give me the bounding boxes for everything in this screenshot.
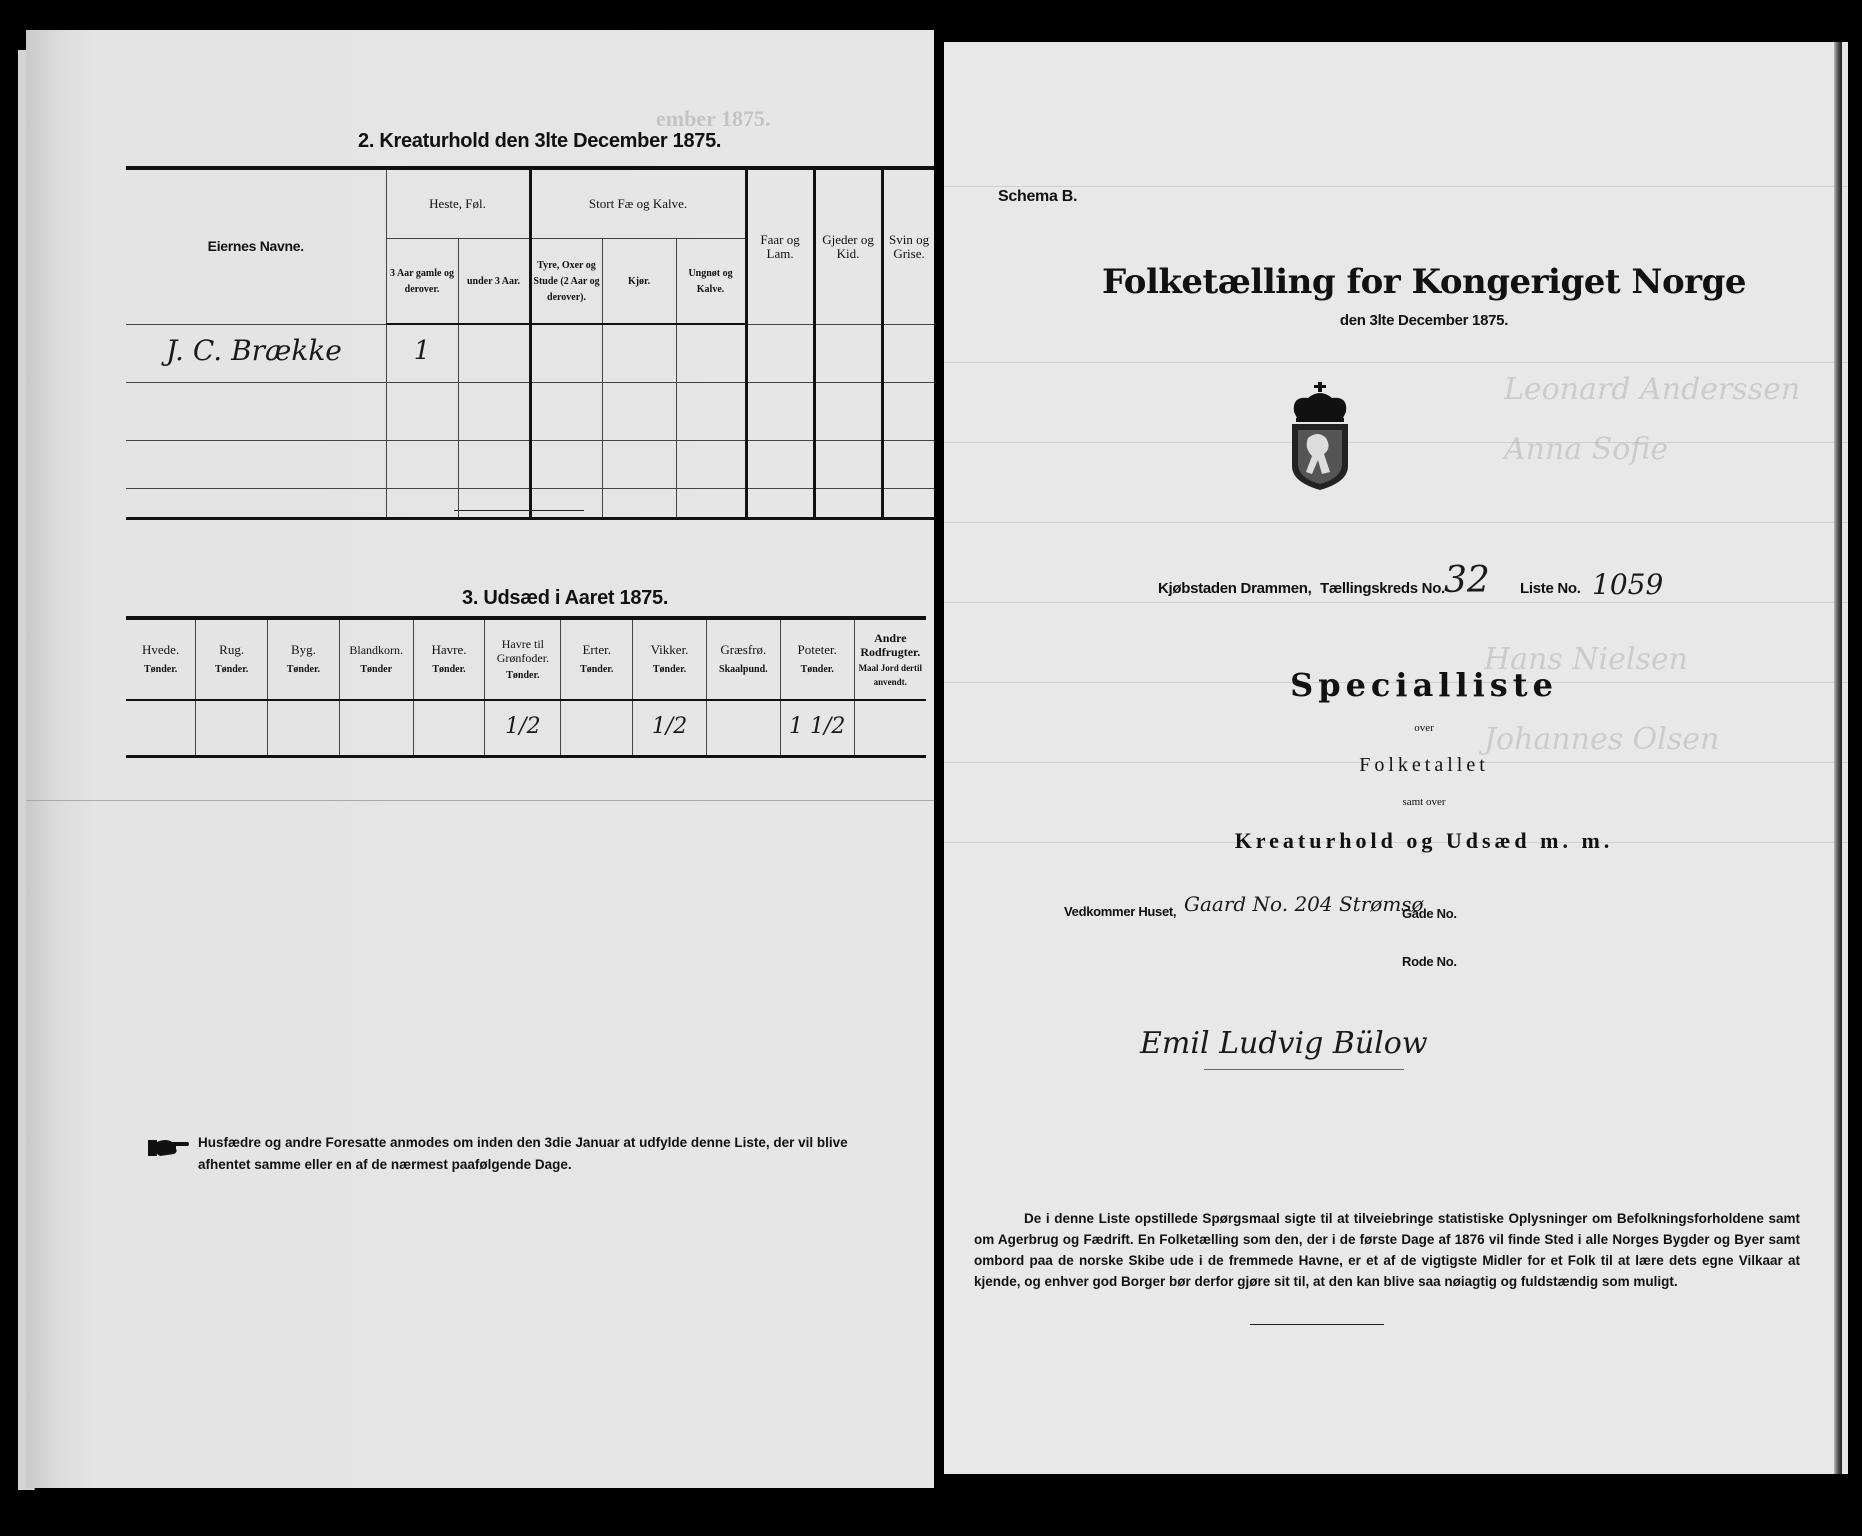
faint-rule: [944, 362, 1848, 363]
district-label: Tællingskreds No.: [1320, 580, 1445, 597]
col-havre: Havre.Tønder.: [413, 618, 485, 700]
signature-underline: [1204, 1069, 1404, 1070]
main-title: Folketælling for Kongeriget Norge: [1074, 262, 1774, 302]
col-cattle-bulls: Tyre, Oxer og Stude (2 Aar og derover).: [530, 238, 602, 324]
bleed-through-handwriting: Anna Sofie: [1504, 432, 1668, 467]
col-vikker: Vikker.Tønder.: [633, 618, 707, 700]
district-number: 32: [1444, 560, 1490, 601]
col-andre-rodfrugter: Andre Rodfrugter.Maal Jord dertil anvend…: [854, 618, 926, 700]
house-handwritten: Gaard No. 204 Strømsø: [1184, 892, 1424, 916]
norwegian-coat-of-arms-icon: [1288, 382, 1352, 499]
faint-rule: [944, 522, 1848, 523]
col-poteter: Poteter.Tønder.: [780, 618, 854, 700]
footer-rule: [1250, 1324, 1384, 1325]
page-fold-line: [26, 800, 934, 801]
table-row: [126, 488, 934, 518]
section-2-title: 2. Kreaturhold den 3lte December 1875.: [358, 130, 721, 153]
title-date: den 3lte December 1875.: [1074, 312, 1774, 329]
section-3-title: 3. Udsæd i Aaret 1875.: [462, 587, 668, 610]
notice-text: Husfædre og andre Foresatte anmodes om i…: [198, 1132, 898, 1176]
col-blandkorn: Blandkorn.Tønder: [339, 618, 413, 700]
col-cattle-young: Ungnøt og Kalve.: [676, 238, 746, 324]
footer-paragraph: De i denne Liste opstillede Spørgsmaal s…: [974, 1208, 1800, 1292]
binding-edge: [1834, 42, 1842, 1474]
col-hvede: Hvede.Tønder.: [126, 618, 196, 700]
signature: Emil Ludvig Bülow: [1140, 1026, 1428, 1061]
col-horses-group: Heste, Føl.: [386, 168, 530, 238]
samt-over-text: samt over: [1074, 796, 1774, 808]
col-goats: Gjeder og Kid.: [814, 168, 882, 324]
col-owner-header: Eiernes Navne.: [126, 168, 386, 324]
col-cattle-cows: Kjør.: [602, 238, 676, 324]
seed-table: Hvede.Tønder. Rug.Tønder. Byg.Tønder. Bl…: [126, 616, 926, 758]
col-erter: Erter.Tønder.: [561, 618, 633, 700]
table-row: [126, 382, 934, 440]
faint-rule: [944, 602, 1848, 603]
over-text: over: [1074, 722, 1774, 734]
col-rug: Rug.Tønder.: [196, 618, 268, 700]
rode-label: Rode No.: [1402, 954, 1457, 969]
table-row: 1/2 1/2 1 1/2: [126, 700, 926, 756]
table-row: [126, 440, 934, 488]
left-page: ember 1875. 2. Kreaturhold den 3lte Dece…: [26, 30, 934, 1488]
col-graesfro: Græsfrø.Skaalpund.: [706, 618, 780, 700]
col-horses-3plus: 3 Aar gamle og derover.: [386, 238, 458, 324]
list-label: Liste No.: [1520, 580, 1581, 597]
col-byg: Byg.Tønder.: [268, 618, 340, 700]
specialliste-heading: Specialliste: [1074, 666, 1774, 704]
bleed-through-text: ember 1875.: [656, 106, 770, 132]
col-havre-gronfoder: Havre til Grønfoder.Tønder.: [485, 618, 561, 700]
faint-rule: [944, 186, 1848, 187]
schema-label: Schema B.: [998, 188, 1077, 206]
livestock-table: Eiernes Navne. Heste, Føl. Stort Fæ og K…: [126, 166, 934, 520]
faint-rule: [944, 442, 1848, 443]
divider-rule: [454, 510, 584, 511]
gade-label: Gade No.: [1402, 906, 1457, 921]
col-cattle-group: Stort Fæ og Kalve.: [530, 168, 746, 238]
right-page: Leonard Anderssen Anna Sofie Hans Nielse…: [944, 42, 1848, 1474]
list-number: 1059: [1592, 568, 1663, 601]
subheading: Kreaturhold og Udsæd m. m.: [1074, 828, 1774, 854]
bleed-through-handwriting: Leonard Anderssen: [1504, 372, 1800, 407]
col-horses-under3: under 3 Aar.: [458, 238, 530, 324]
pointing-hand-icon: [148, 1136, 190, 1165]
col-sheep: Faar og Lam.: [746, 168, 814, 324]
table-row: J. C. Brække 1: [126, 324, 934, 382]
owner-name: J. C. Brække: [166, 334, 342, 367]
folketallet-text: Folketallet: [1074, 754, 1774, 777]
town-label: Kjøbstaden Drammen,: [1158, 580, 1312, 597]
house-label: Vedkommer Huset,: [1064, 904, 1176, 919]
col-pigs: Svin og Grise.: [882, 168, 934, 324]
